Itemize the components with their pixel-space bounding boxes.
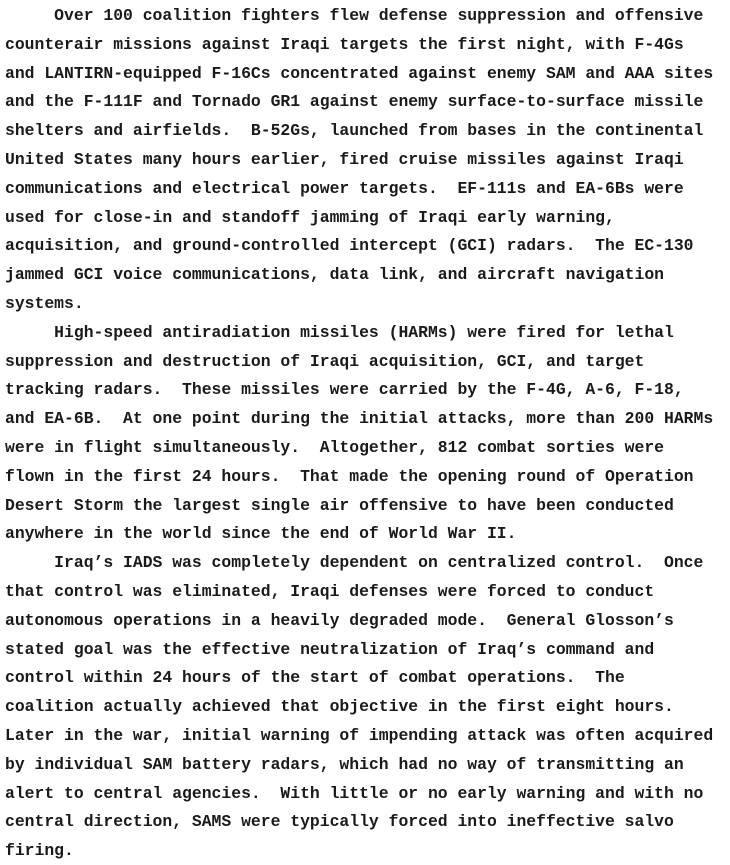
paragraph-first-night-strikes: Over 100 coalition fighters flew defense… [5, 2, 730, 319]
paragraph-iads-centralized-control: Iraq’s IADS was completely dependent on … [5, 549, 730, 865]
document-page: Over 100 coalition fighters flew defense… [0, 0, 730, 865]
paragraph-harm-sorties: High-speed antiradiation missiles (HARMs… [5, 319, 730, 549]
